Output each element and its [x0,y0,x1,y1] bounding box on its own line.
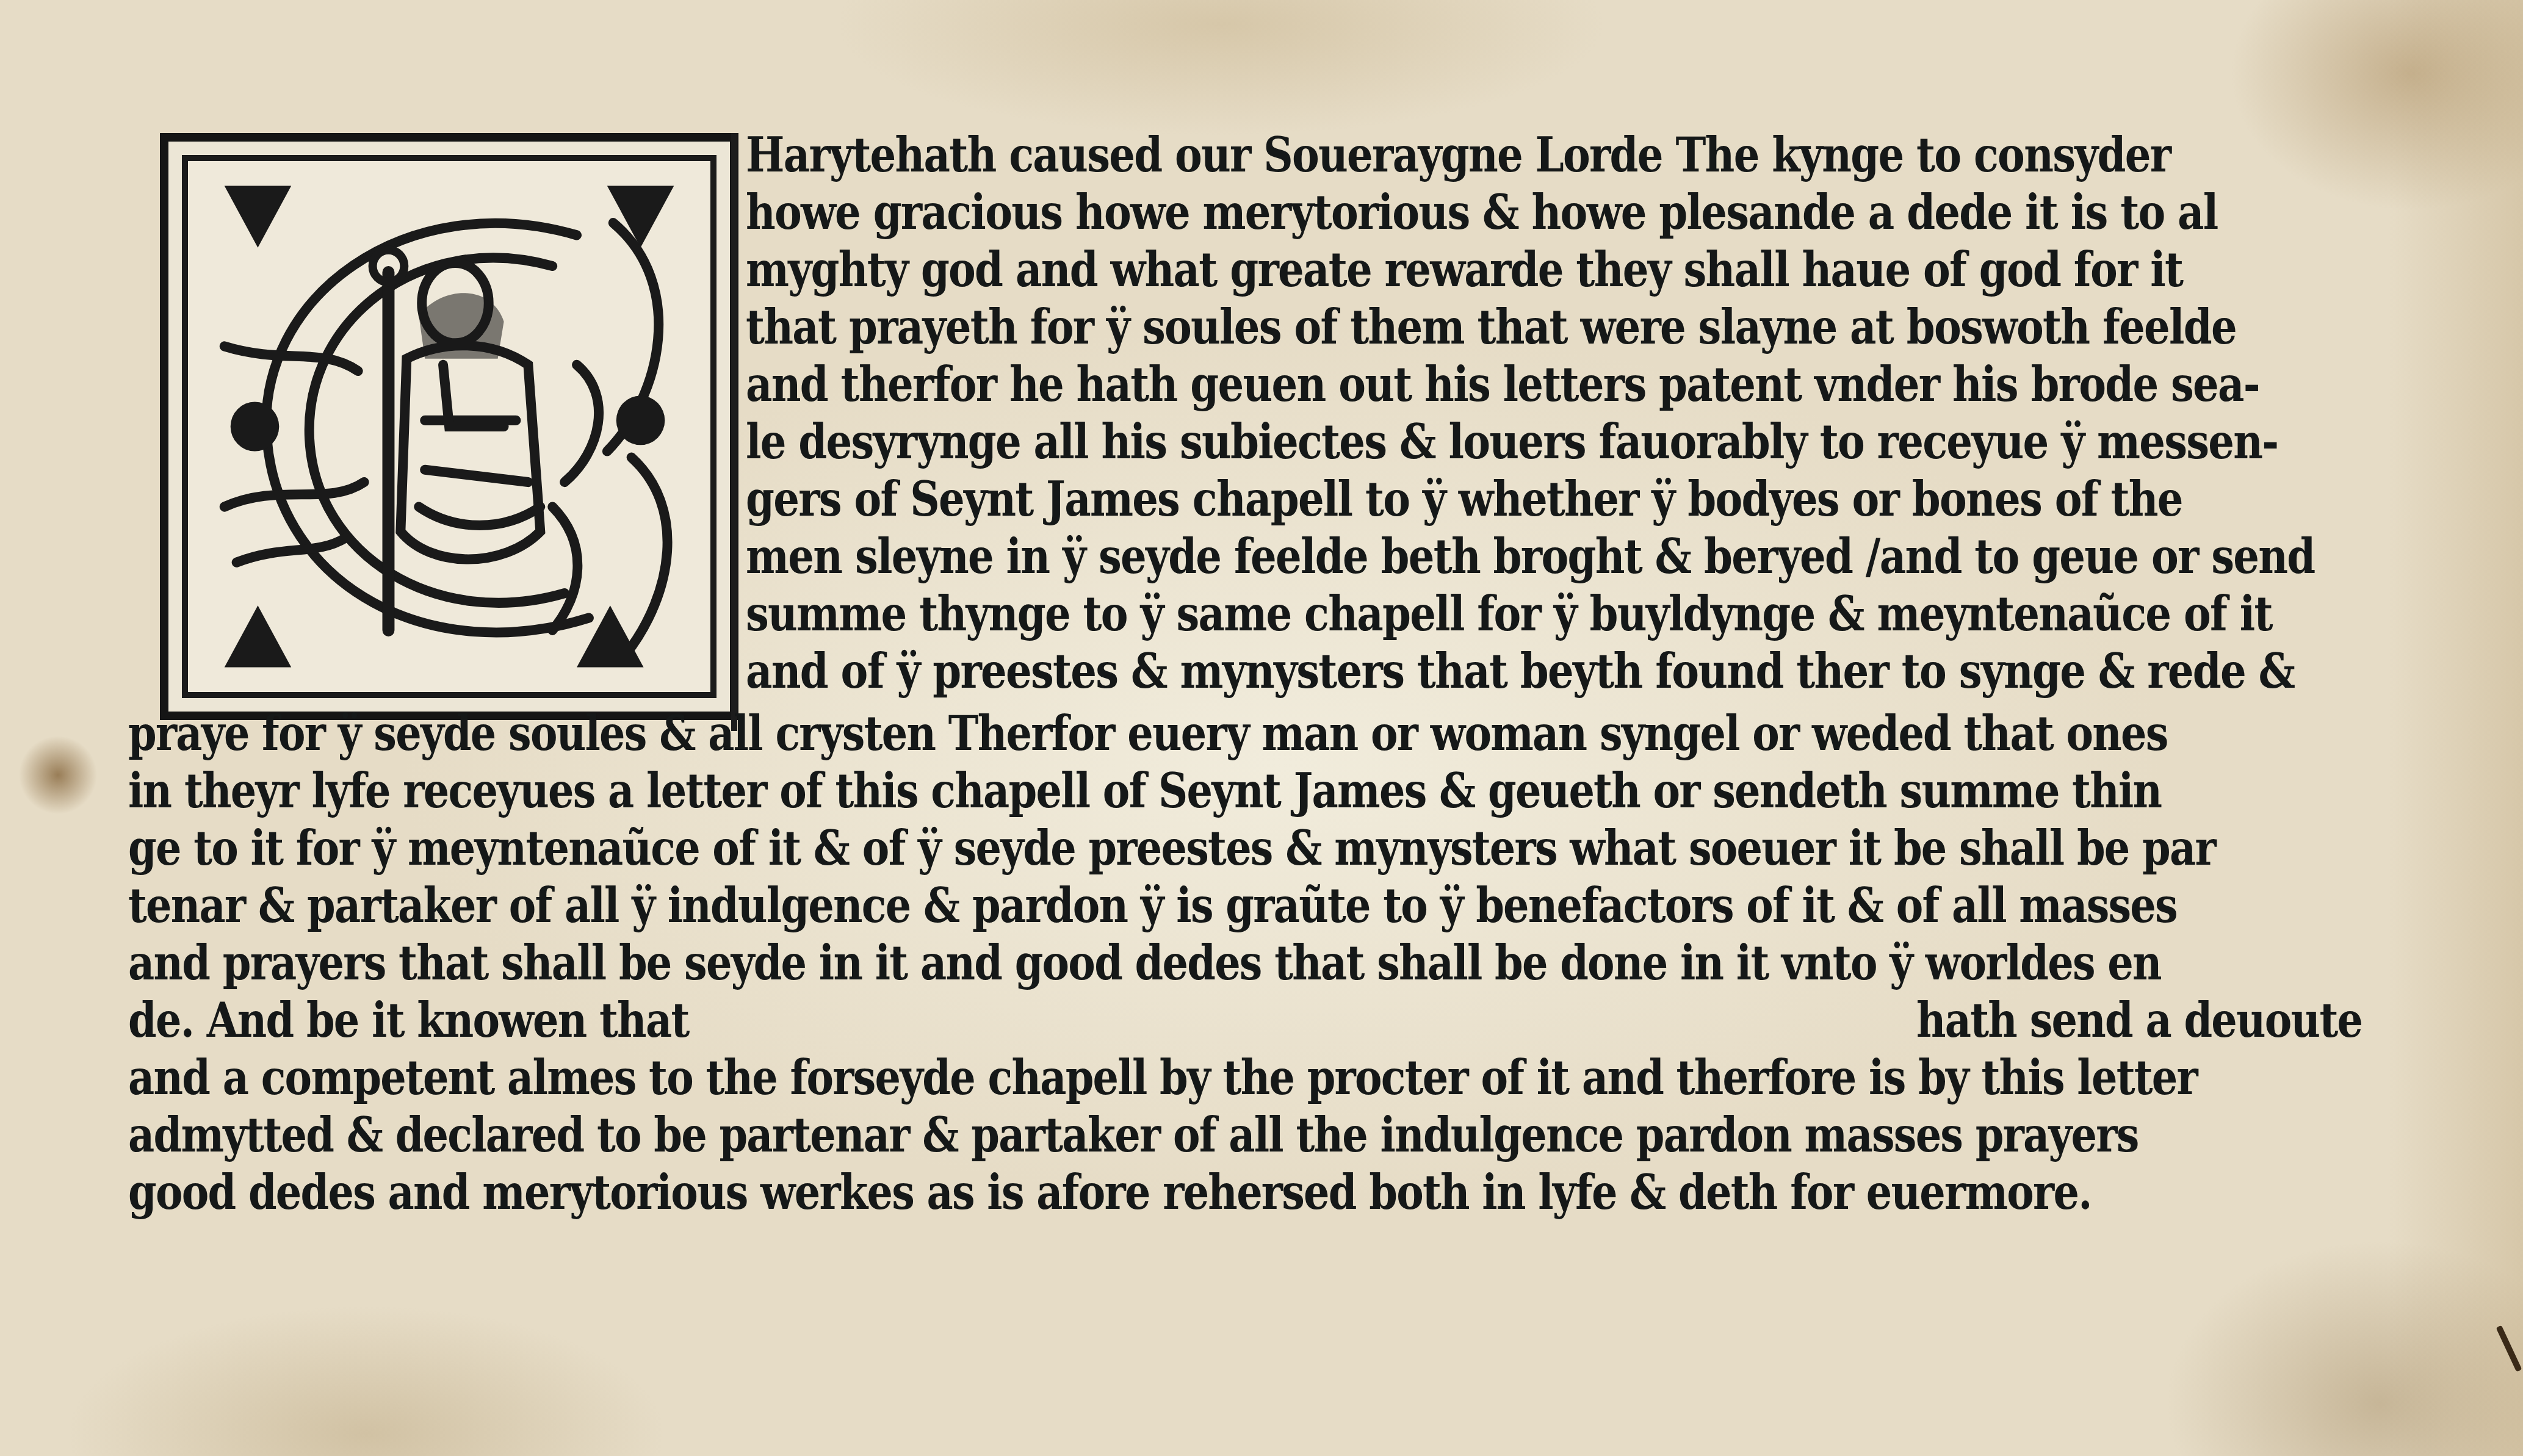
woodcut-frame [182,155,716,698]
text-line: in theyr lyfe receyues a letter of this … [128,765,2161,818]
text-line: and prayers that shall be seyde in it an… [128,937,2161,990]
text-line: and of ÿ preestes & mynysters that beyth… [746,646,2294,698]
text-line-with-blank-right: hath send a deuoute [1916,995,2362,1047]
text-line: praye for ÿ seyde soules & all crysten T… [128,708,2168,760]
text-line: and a competent almes to the forseyde ch… [128,1052,2197,1105]
saint-james-woodcut-icon [188,161,710,692]
text-line: summe thynge to ÿ same chapell for ÿ buy… [746,588,2272,641]
text-line: howe gracious howe merytorious & howe pl… [746,187,2218,239]
text-line: gers of Seynt James chapell to ÿ whether… [746,474,2182,526]
initial-side-rule [731,133,737,731]
text-line: good dedes and merytorious werkes as is … [128,1167,2092,1219]
text-line: admytted & declared to be partenar & par… [128,1109,2139,1162]
text-line: myghty god and what greate rewarde they … [746,244,2182,297]
text-line: Harytehath caused our Soueraygne Lorde T… [746,129,2170,182]
text-line-with-blank-left: de. And be it knowen that [128,995,688,1047]
text-line: and therfor he hath geuen out his letter… [746,359,2259,411]
text-line: that prayeth for ÿ soules of them that w… [746,301,2236,354]
text-line: ge to it for ÿ meyntenaũce of it & of ÿ … [128,823,2215,875]
woodcut-initial-c [160,133,738,720]
text-line: le desyrynge all his subiectes & louers … [746,416,2278,469]
text-line: tenar & partaker of all ÿ indulgence & p… [128,880,2177,932]
text-line: men sleyne in ÿ seyde feelde beth broght… [746,531,2314,583]
paper-edge-stain [2389,0,2523,1456]
